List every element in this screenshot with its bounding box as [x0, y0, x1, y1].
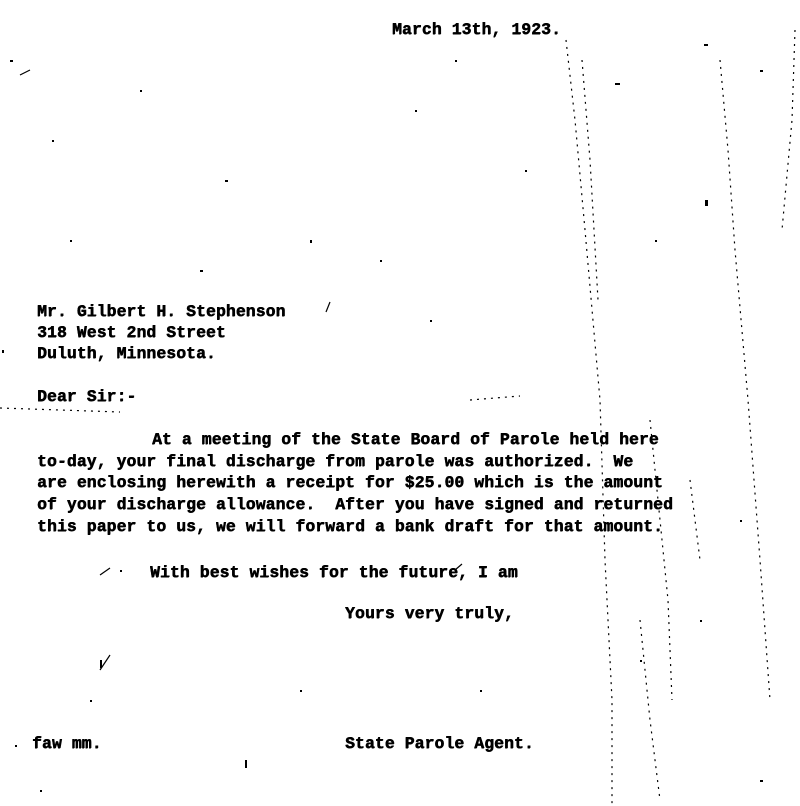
salutation: Dear Sir:-	[37, 386, 136, 408]
body-line: are enclosing herewith a receipt for $25…	[37, 472, 663, 494]
complimentary-close: Yours very truly,	[345, 603, 514, 625]
typist-initials: faw mm.	[32, 733, 102, 755]
body-line: to-day, your final discharge from parole…	[37, 451, 633, 473]
recipient-city: Duluth, Minnesota.	[37, 343, 216, 365]
body-line: of your discharge allowance. After you h…	[37, 494, 673, 516]
recipient-street: 318 West 2nd Street	[37, 322, 226, 344]
letter-page: March 13th, 1923. Mr. Gilbert H. Stephen…	[0, 0, 800, 806]
letter-date: March 13th, 1923.	[392, 19, 561, 41]
body-line: this paper to us, we will forward a bank…	[37, 516, 663, 538]
signature-title: State Parole Agent.	[345, 733, 534, 755]
closing-line: With best wishes for the future, I am	[150, 562, 518, 584]
body-line: At a meeting of the State Board of Parol…	[152, 429, 659, 451]
recipient-name: Mr. Gilbert H. Stephenson	[37, 301, 285, 323]
